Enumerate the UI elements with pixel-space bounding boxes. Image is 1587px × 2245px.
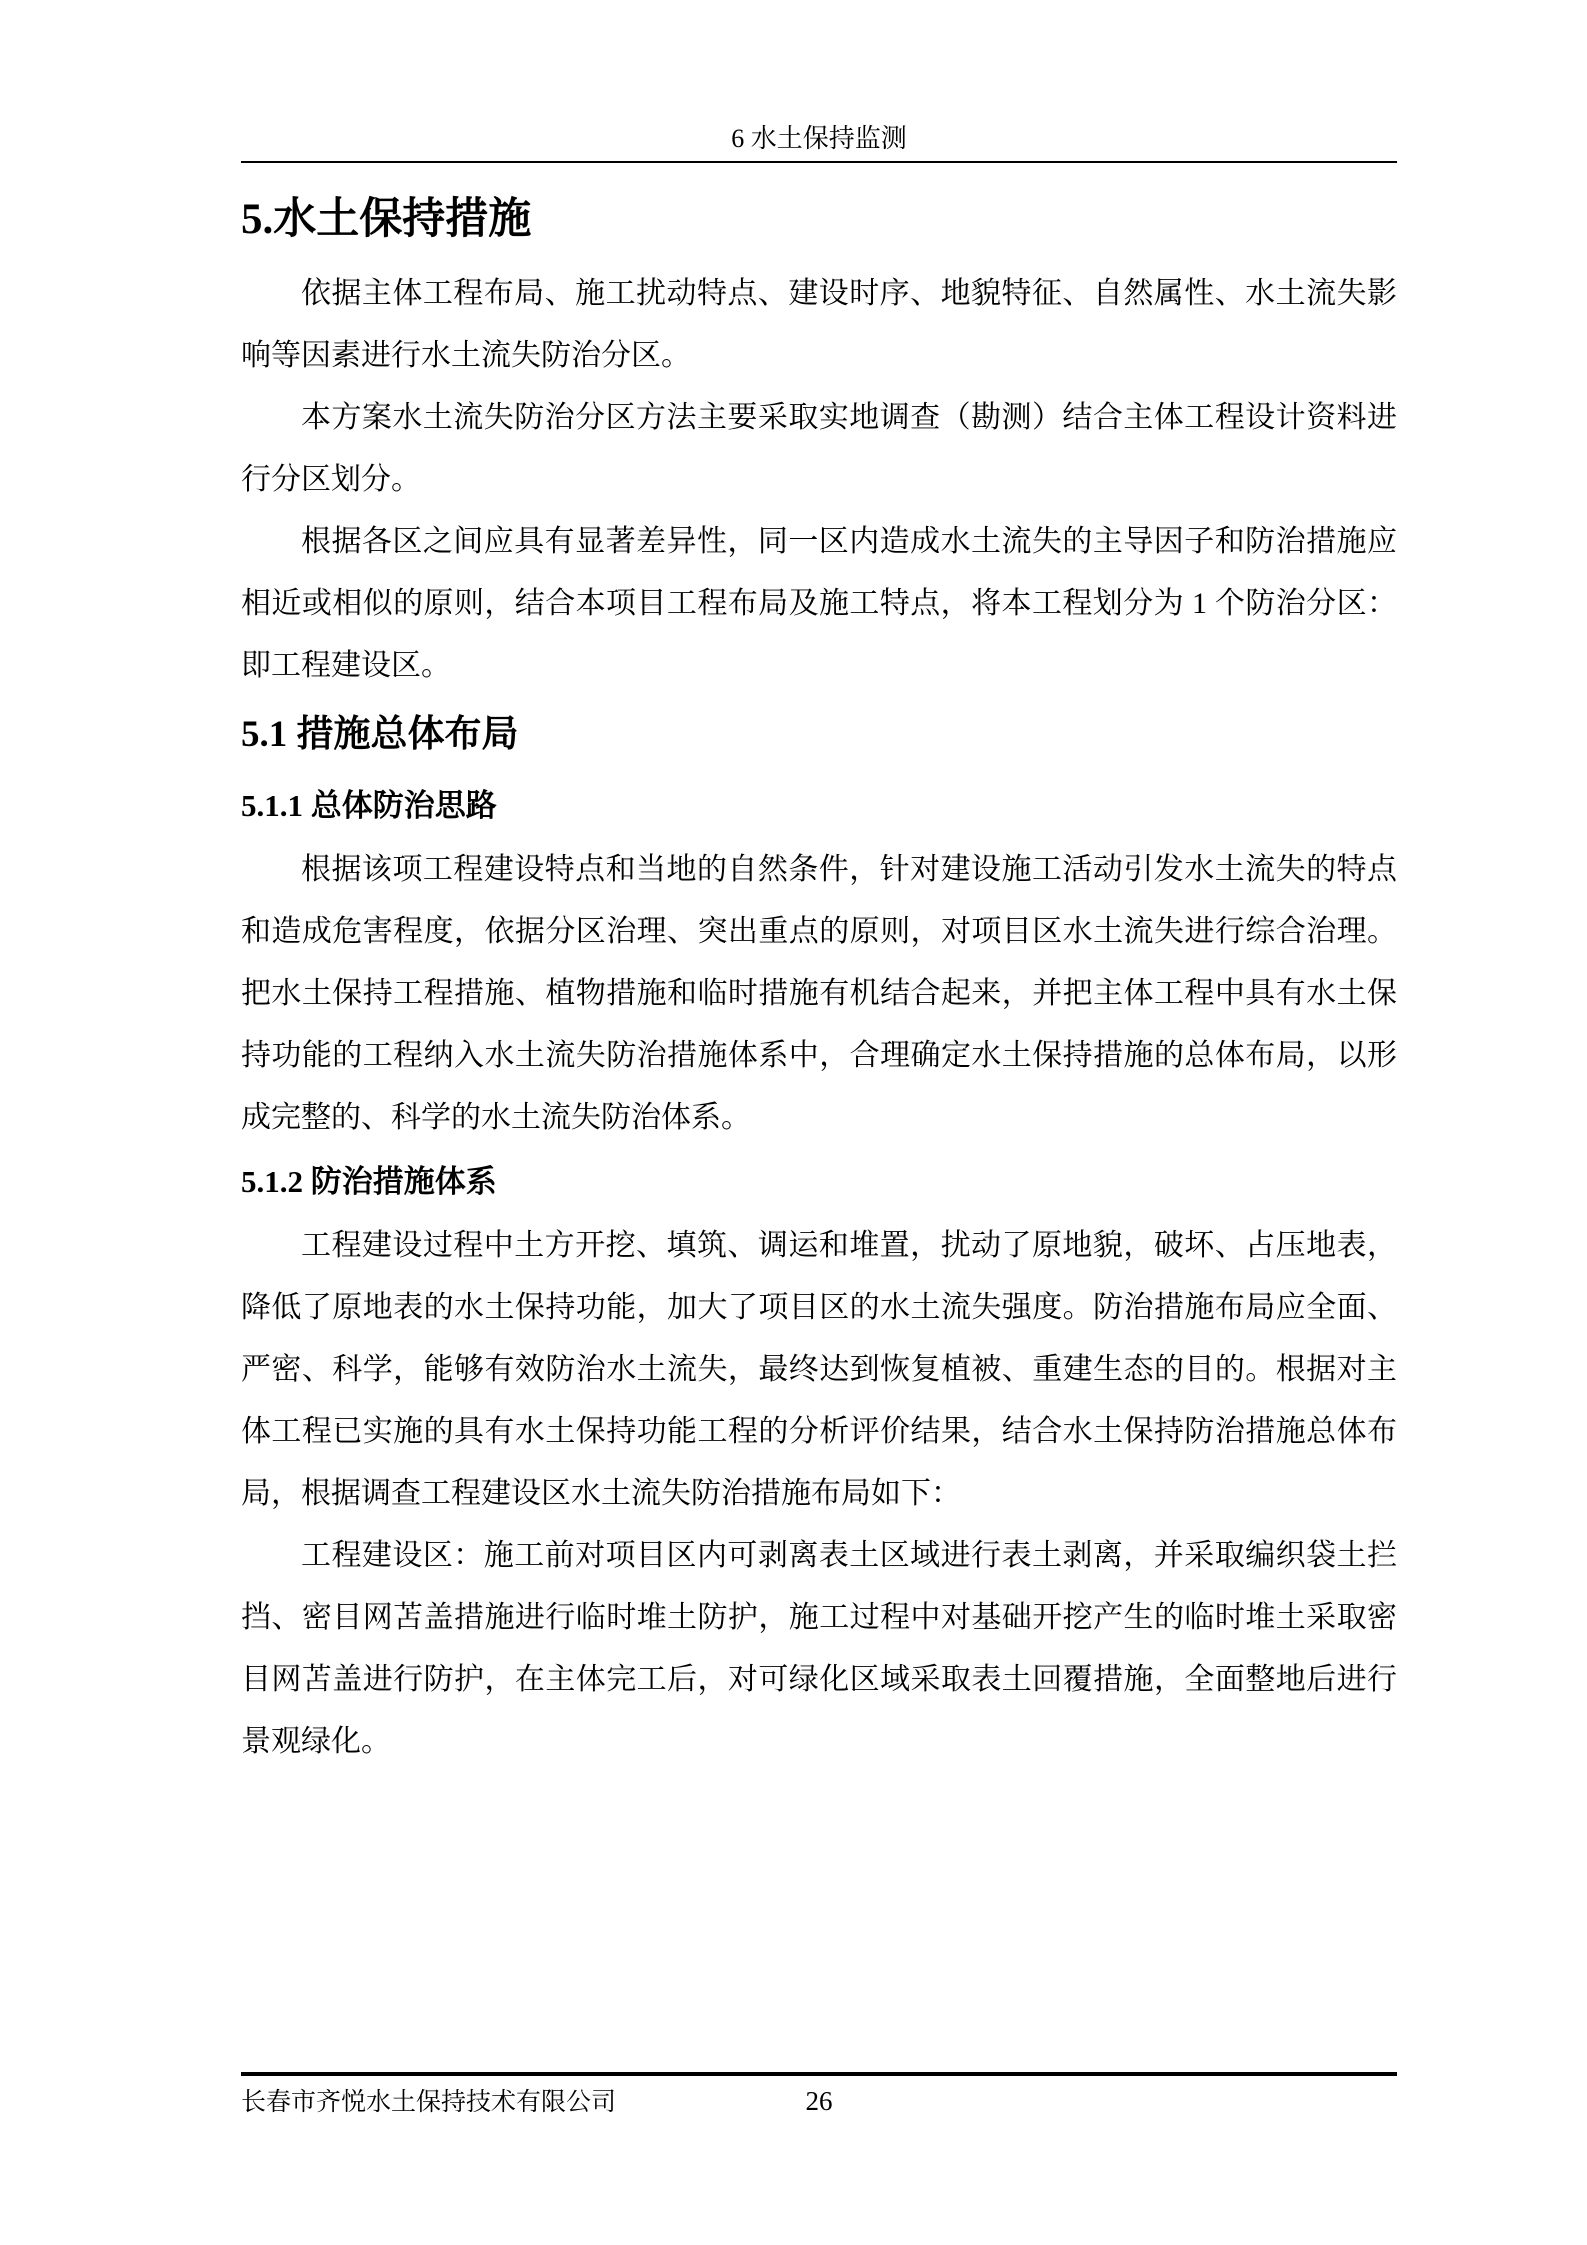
section-5-1-2-paragraph-2: 工程建设区：施工前对项目区内可剥离表土区域进行表土剥离，并采取编织袋土拦挡、密目… <box>241 1525 1397 1773</box>
footer-company-name: 长春市齐悦水土保持技术有限公司 <box>241 2086 616 2120</box>
footer-page-number: 26 <box>806 2084 833 2118</box>
section-5-1-1-paragraph: 根据该项工程建设特点和当地的自然条件，针对建设施工活动引发水土流失的特点和造成危… <box>241 839 1397 1149</box>
section-5-1-2-paragraph-1: 工程建设过程中土方开挖、填筑、调运和堆置，扰动了原地貌，破坏、占压地表，降低了原… <box>241 1215 1397 1525</box>
chapter-title: 5.水土保持措施 <box>241 193 1397 247</box>
section-5-1-2-heading: 5.1.2 防治措施体系 <box>241 1149 1397 1215</box>
section-5-1-1-heading: 5.1.1 总体防治思路 <box>241 773 1397 839</box>
document-page: 6 水土保持监测 5.水土保持措施 依据主体工程布局、施工扰动特点、建设时序、地… <box>0 0 1587 2245</box>
page-footer: 长春市齐悦水土保持技术有限公司 26 <box>241 2072 1397 2120</box>
intro-paragraph-2: 本方案水土流失防治分区方法主要采取实地调查（勘测）结合主体工程设计资料进行分区划… <box>241 387 1397 511</box>
page-content: 6 水土保持监测 5.水土保持措施 依据主体工程布局、施工扰动特点、建设时序、地… <box>0 0 1587 1773</box>
intro-paragraph-3: 根据各区之间应具有显著差异性，同一区内造成水土流失的主导因子和防治措施应相近或相… <box>241 511 1397 697</box>
header-chapter-title: 6 水土保持监测 <box>731 124 907 153</box>
intro-paragraph-1: 依据主体工程布局、施工扰动特点、建设时序、地貌特征、自然属性、水土流失影响等因素… <box>241 263 1397 387</box>
page-header: 6 水土保持监测 <box>241 0 1397 163</box>
section-5-1-heading: 5.1 措施总体布局 <box>241 697 1397 773</box>
